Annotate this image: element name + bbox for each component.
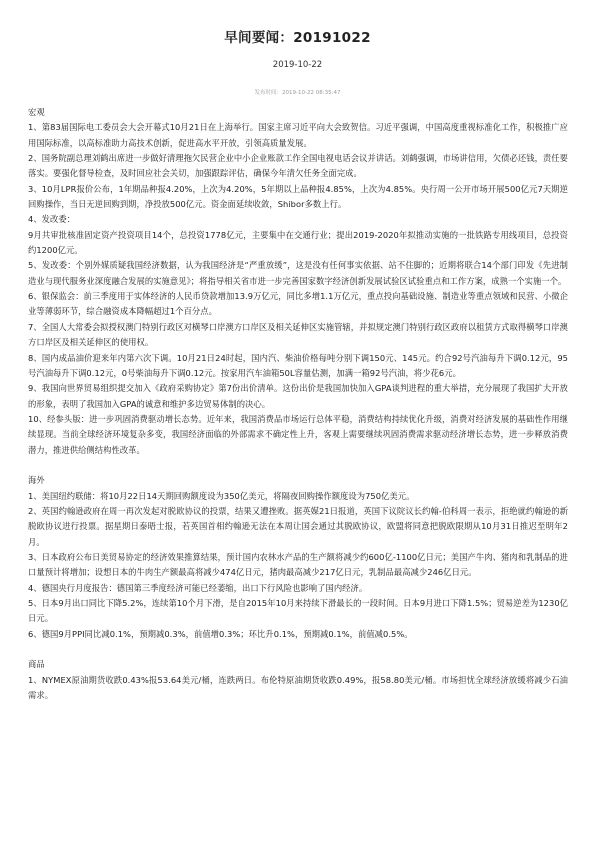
news-item: 1、NYMEX原油期货收跌0.43%报53.64美元/桶，连跌两日。布伦特原油期… <box>28 673 568 704</box>
news-item: 4、发改委： <box>28 212 568 227</box>
news-item: 6、德国9月PPI同比减0.1%，预期减0.3%，前值增0.3%；环比升0.1%… <box>28 627 568 642</box>
document-title: 早间要闻：20191022 <box>0 26 595 46</box>
news-item: 6、银保监会：前三季度用于实体经济的人民币贷款增加13.9万亿元，同比多增1.1… <box>28 289 568 320</box>
section-overseas: 海外 1、美国纽约联储：将10月22日14天期回购额度设为350亿美元，将隔夜回… <box>28 473 568 642</box>
section-spacer <box>28 458 568 473</box>
section-macro: 宏观 1、第83届国际电工委员会大会开幕式10月21日在上海举行。国家主席习近平… <box>28 105 568 458</box>
news-item: 2、英国约翰逊政府在周一再次发起对脱欧协议的投票，结果又遭挫败。据英媒21日报道… <box>28 504 568 550</box>
publish-time: 发布时间：2019-10-22 08:35:47 <box>0 88 595 96</box>
publish-time-value: 2019-10-22 08:35:47 <box>282 90 340 96</box>
news-item: 1、第83届国际电工委员会大会开幕式10月21日在上海举行。国家主席习近平向大会… <box>28 120 568 151</box>
section-title: 商品 <box>28 657 568 672</box>
news-item: 1、美国纽约联储：将10月22日14天期回购额度设为350亿美元，将隔夜回购操作… <box>28 489 568 504</box>
section-title: 海外 <box>28 473 568 488</box>
section-spacer <box>28 642 568 657</box>
document-date: 2019-10-22 <box>0 60 595 70</box>
news-item: 5、发改委：个别外媒质疑我国经济数据，认为我国经济是“严重放缓”，这是没有任何事… <box>28 258 568 289</box>
section-commodities: 商品 1、NYMEX原油期货收跌0.43%报53.64美元/桶，连跌两日。布伦特… <box>28 657 568 703</box>
section-title: 宏观 <box>28 105 568 120</box>
news-item: 4、德国央行月度报告：德国第三季度经济可能已经萎缩，出口下行风险也影响了国内经济… <box>28 581 568 596</box>
news-item: 9、我国向世界贸易组织提交加入《政府采购协定》第7份出价清单。这份出价是我国加快… <box>28 381 568 412</box>
news-item: 3、10月LPR报价公布，1年期品种报4.20%，上次为4.20%，5年期以上品… <box>28 182 568 213</box>
news-item: 2、国务院副总理刘鹤出席进一步做好清理拖欠民营企业中小企业账款工作全国电视电话会… <box>28 151 568 182</box>
article-body: 宏观 1、第83届国际电工委员会大会开幕式10月21日在上海举行。国家主席习近平… <box>28 105 568 703</box>
news-item: 8、国内成品油价迎来年内第六次下调。10月21日24时起，国内汽、柴油价格每吨分… <box>28 351 568 382</box>
document-page: 早间要闻：20191022 2019-10-22 发布时间：2019-10-22… <box>0 0 595 842</box>
news-item: 5、日本9月出口同比下降5.2%，连续第10个月下滑，是自2015年10月来持续… <box>28 596 568 627</box>
publish-time-label: 发布时间： <box>255 90 283 96</box>
news-item: 10、经参头版：进一步巩固消费驱动增长态势。近年来，我国消费品市场运行总体平稳，… <box>28 412 568 458</box>
news-item: 7、全国人大常委会拟授权澳门特别行政区对横琴口岸澳方口岸区及相关延伸区实施管辖，… <box>28 320 568 351</box>
news-item: 3、日本政府公布日美贸易协定的经济效果推算结果，预计国内农林水产品的生产额将减少… <box>28 550 568 581</box>
news-item: 9月共审批核准固定资产投资项目14个，总投资1778亿元，主要集中在交通行业；提… <box>28 228 568 259</box>
